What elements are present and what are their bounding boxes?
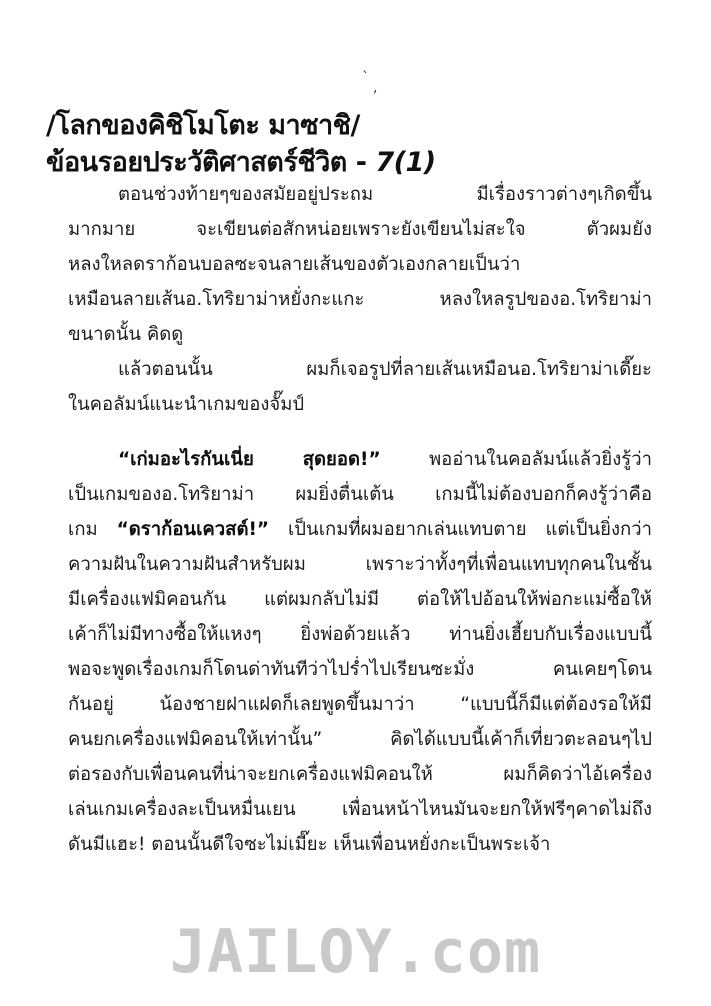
body-line: พอจะพูดเรื่องเกมก็โดนด่าทันทีว่าไปร่ำไปเ…: [68, 653, 652, 687]
body-line: ในคอลัมน์แนะนำเกมของจั๊มป์: [68, 388, 652, 422]
chapter-title-text: ข้อนรอยประวัติศาสตร์ชีวิต -: [46, 147, 375, 178]
game-title-dragon-quest: “ดราก้อนเควสต์!”: [117, 519, 269, 540]
body-line: ตอนช่วงท้ายๆของสมัยอยู่ประถม มีเรื่องราว…: [118, 178, 652, 212]
body-line-with-game-title: เกม “ดราก้อนเควสต์!” เป็นเกมที่ผมอยากเล่…: [68, 513, 652, 547]
body-line-with-quote: “เก่มอะไรกันเนี่ย สุดยอด!” พออ่านในคอลัม…: [118, 443, 652, 477]
game-quote-exclaim: “เก่มอะไรกันเนี่ย สุดยอด!”: [118, 449, 381, 470]
body-line: หลงใหลดราก้อนบอลซะจนลายเส้นของตัวเองกลาย…: [68, 248, 652, 282]
body-line: มากมาย จะเขียนต่อสักหน่อยเพราะยังเขียนไม…: [68, 213, 652, 247]
body-text: พออ่านในคอลัมน์แล้วยิ่งรู้ว่า: [429, 449, 652, 470]
body-line: แล้วตอนนั้น ผมก็เจอรูปที่ลายเส้นเหมือนอ.…: [118, 353, 652, 387]
scan-speck: `: [362, 70, 369, 86]
scan-speck: ,: [373, 80, 377, 96]
body-text: เกม: [68, 519, 117, 540]
body-line: เล่นเกมเครื่องละเป็นหมื่นเยน เพื่อนหน้าไ…: [68, 793, 652, 827]
body-line: ต่อรองกับเพื่อนคนที่น่าจะยกเครื่องแฟมิคอ…: [68, 758, 652, 792]
chapter-title: ข้อนรอยประวัติศาสตร์ชีวิต - 7(1): [46, 146, 436, 180]
body-text: เป็นเกมที่ผมอยากเล่นแทบตาย แต่เป็นยิ่งกว…: [288, 519, 652, 540]
chapter-number: 7(1): [375, 147, 435, 178]
chapter-series-title: /โลกของคิชิโมโตะ มาซาชิ/: [46, 109, 360, 143]
body-line: เหมือนลายเส้นอ.โทริยาม่าหยั่งกะแกะ หลงให…: [68, 283, 652, 317]
body-line: มีเครื่องแฟมิคอนกัน แต่ผมกลับไม่มี ต่อให…: [68, 583, 652, 617]
body-line: กันอยู่ น้องชายฝาแฝดก็เลยพูดขึ้นมาว่า “แ…: [68, 688, 652, 722]
body-line: ขนาดนั้น คิดดู: [68, 318, 652, 352]
body-line: ความฝันในความฝันสำหรับผม เพราะว่าทั้งๆที…: [68, 548, 652, 582]
body-line: คนยกเครื่องแฟมิคอนให้เท่านั้น” คิดได้แบบ…: [68, 723, 652, 757]
body-line: เค้าก็ไม่มีทางซื้อให้แหงๆ ยิ่งพ่อด้วยแล้…: [68, 618, 652, 652]
body-line: เป็นเกมของอ.โทริยาม่า ผมยิ่งตื่นเต้น เกม…: [68, 478, 652, 512]
body-line: ดันมีแฮะ! ตอนนั้นดีใจซะไม่เมี๊ยะ เห็นเพื…: [68, 828, 652, 862]
site-watermark: JAILOY.com: [0, 917, 711, 987]
